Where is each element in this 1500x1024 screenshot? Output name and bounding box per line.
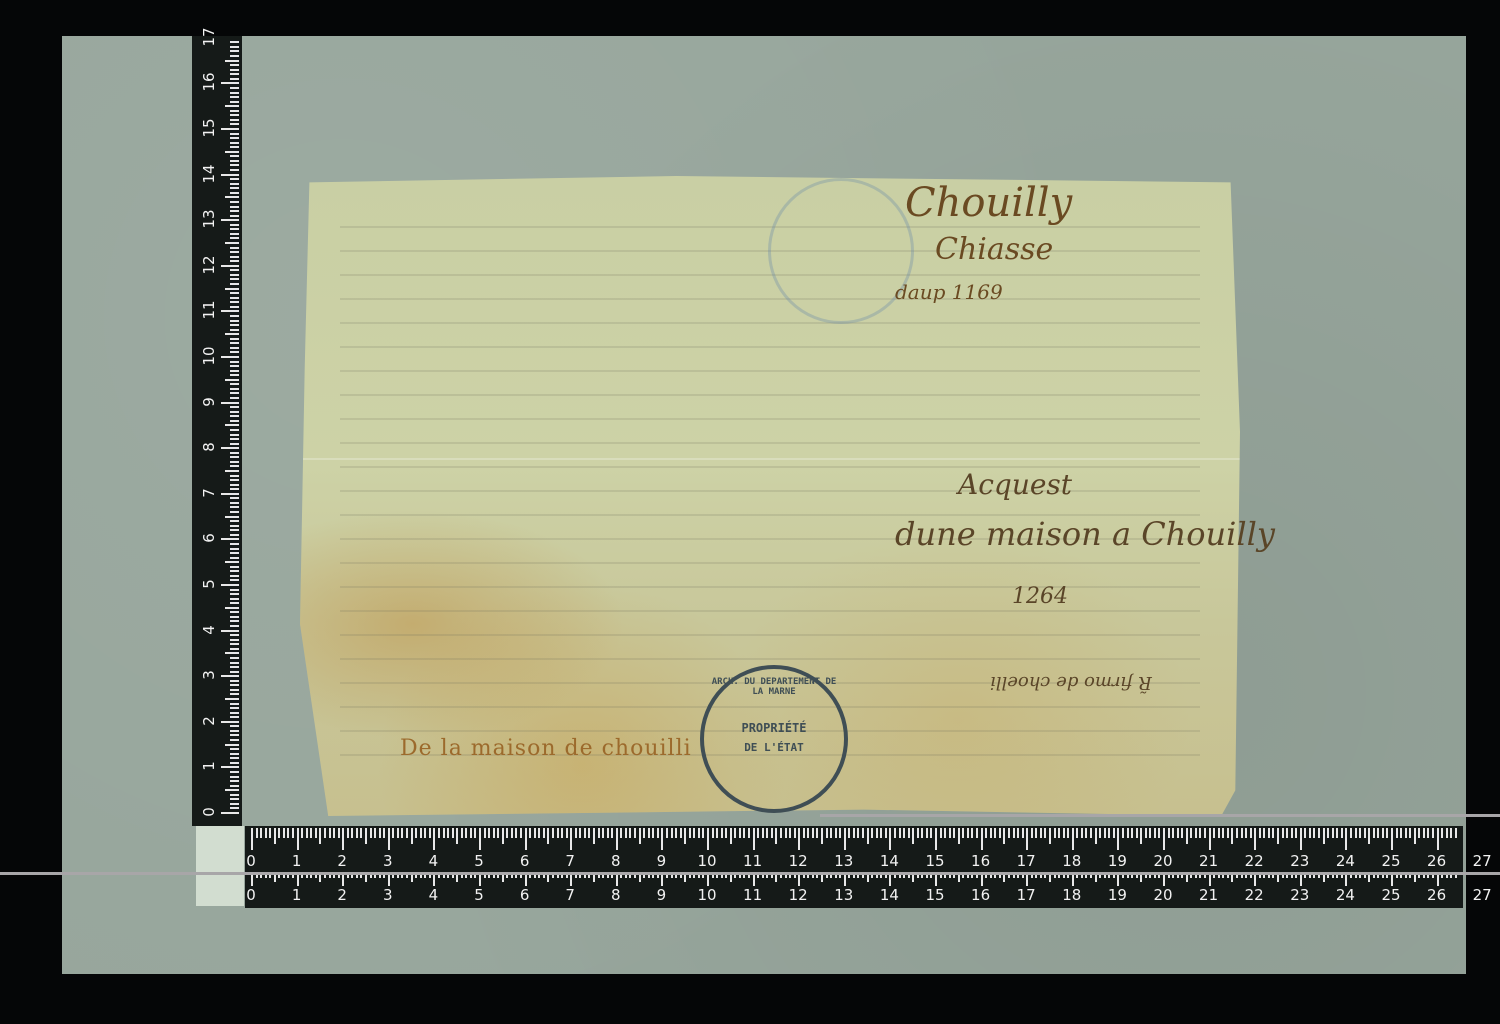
ruler-tick [1345, 874, 1347, 886]
ruler-tick [1190, 828, 1192, 838]
ruler-label-top: 18 [1062, 852, 1081, 870]
ruler-tick [648, 828, 650, 838]
ruler-tick [1108, 828, 1110, 838]
ruler-tick [397, 828, 399, 838]
ruler-tick [762, 828, 764, 838]
ruler-tick [908, 828, 910, 838]
ruler-tick [221, 402, 239, 404]
ruler-tick [388, 874, 390, 886]
ruler-tick [867, 828, 869, 844]
ruler-tick [867, 874, 869, 882]
ruler-tick [1368, 874, 1370, 882]
ruler-tick [221, 310, 239, 312]
ruler-tick [278, 828, 280, 838]
ruler-tick [1122, 828, 1124, 838]
ruler-tick [775, 874, 777, 882]
ruler-tick [230, 620, 239, 622]
ruler-tick [230, 602, 239, 604]
ruler-tick [287, 828, 289, 838]
ruler-tick [1199, 828, 1201, 838]
ruler-tick [652, 828, 654, 838]
ruler-tick [552, 828, 554, 838]
ruler-tick [830, 828, 832, 838]
ruler-tick [716, 828, 718, 838]
ruler-tick [798, 828, 800, 850]
ruler-tick [1236, 828, 1238, 838]
ruler-tick [730, 874, 732, 882]
ruler-label: 6 [200, 527, 218, 549]
ruler-tick [602, 828, 604, 838]
ruler-tick [333, 828, 335, 838]
ruler-tick [230, 502, 239, 504]
ruler-tick [844, 874, 846, 886]
ruler-tick [225, 698, 239, 700]
ruler-tick [753, 874, 755, 886]
ruler-tick [1049, 828, 1051, 844]
ruler-tick [547, 828, 549, 844]
ruler-tick [230, 794, 239, 796]
ruler-label: 8 [200, 436, 218, 458]
ruler-tick [844, 828, 846, 850]
ruler-tick [225, 288, 239, 290]
ruler-tick [1277, 874, 1279, 882]
ruler-tick [230, 301, 239, 303]
ruler-tick [753, 828, 755, 850]
ruler-tick [584, 828, 586, 838]
ruler-tick [230, 383, 239, 385]
ruler-tick [225, 561, 239, 563]
ruler-label-top: 20 [1153, 852, 1172, 870]
ruler-label-bottom: 18 [1062, 886, 1081, 904]
ruler-tick [221, 493, 239, 495]
ruler-label-top: 25 [1381, 852, 1400, 870]
ruler-tick [570, 874, 572, 886]
ruler-tick [230, 648, 239, 650]
ruler-tick [230, 50, 239, 52]
ruler-tick [230, 734, 239, 736]
ruler-tick [639, 828, 641, 844]
ruler-tick [1386, 828, 1388, 838]
ruler-tick [479, 828, 481, 850]
ruler-tick [771, 828, 773, 838]
ruler-tick [230, 529, 239, 531]
ruler-tick [230, 315, 239, 317]
ruler-tick [547, 874, 549, 882]
ruler-tick [1113, 828, 1115, 838]
ruler-tick [225, 470, 239, 472]
ruler-tick [230, 361, 239, 363]
ruler-tick [1450, 828, 1452, 838]
inverted-note: R̃ firmo de choelli [990, 672, 1152, 693]
ruler-tick [230, 525, 239, 527]
ruler-tick [561, 828, 563, 838]
ruler-tick [230, 534, 239, 536]
ruler-tick [1350, 828, 1352, 838]
ruler-tick [570, 828, 572, 850]
ruler-tick [230, 548, 239, 550]
ruler-tick [1168, 828, 1170, 838]
ruler-label-bottom: 0 [246, 886, 256, 904]
ruler-label-bottom: 14 [880, 886, 899, 904]
ruler-tick [502, 874, 504, 882]
ruler-tick [230, 87, 239, 89]
ruler-label-top: 1 [292, 852, 302, 870]
ruler-tick [225, 516, 239, 518]
ruler-tick [1099, 828, 1101, 838]
ruler-tick [1186, 828, 1188, 844]
ruler-label: 10 [200, 345, 218, 367]
ruler-tick [1286, 828, 1288, 838]
ruler-tick [994, 828, 996, 838]
ruler-tick [225, 151, 239, 153]
ruler-tick [415, 828, 417, 838]
ruler-label-bottom: 19 [1108, 886, 1127, 904]
ruler-tick [734, 828, 736, 838]
stamp-ring-text: ARCH. DU DEPARTEMENT DE LA MARNE [710, 677, 838, 697]
ruler-tick [1158, 828, 1160, 838]
ruler-tick [534, 828, 536, 838]
ruler-tick [634, 828, 636, 838]
ruler-tick [871, 828, 873, 838]
ruler-label: 5 [200, 573, 218, 595]
ruler-tick [225, 196, 239, 198]
ruler-tick [616, 828, 618, 850]
ruler-tick [588, 828, 590, 838]
ruler-tick [1177, 828, 1179, 838]
ruler-tick [702, 828, 704, 838]
ruler-tick [230, 730, 239, 732]
ruler-label-bottom: 21 [1199, 886, 1218, 904]
ruler-tick [807, 828, 809, 838]
ruler-tick [1104, 828, 1106, 838]
ruler-tick [401, 828, 403, 838]
ruler-tick [230, 552, 239, 554]
ruler-tick [230, 785, 239, 787]
archive-stamp: ARCH. DU DEPARTEMENT DE LA MARNE PROPRIÉ… [700, 665, 848, 813]
ruler-tick [1400, 828, 1402, 838]
ruler-label-top: 19 [1108, 852, 1127, 870]
ruler-tick [230, 46, 239, 48]
ruler-tick [525, 874, 527, 886]
ruler-tick [1117, 828, 1119, 850]
ruler-tick [230, 443, 239, 445]
fold-line [300, 458, 1240, 460]
ruler-tick [821, 874, 823, 882]
ruler-tick [230, 434, 239, 436]
ruler-tick [958, 828, 960, 844]
faded-upper-stamp [768, 178, 914, 324]
ruler-tick [230, 256, 239, 258]
ruler-tick [230, 456, 239, 458]
ruler-tick [324, 828, 326, 838]
ruler-tick [225, 379, 239, 381]
ruler-tick [1313, 828, 1315, 838]
ruler-tick [221, 812, 239, 814]
ruler-tick [1250, 828, 1252, 838]
docket-year: 1264 [1012, 584, 1068, 609]
ruler-label-top: 7 [565, 852, 575, 870]
ruler-tick [862, 828, 864, 838]
ruler-tick [230, 41, 239, 43]
ruler-tick [230, 201, 239, 203]
ruler-tick [230, 807, 239, 809]
ruler-tick [230, 753, 239, 755]
ruler-label-top: 3 [383, 852, 393, 870]
ruler-tick [1035, 828, 1037, 838]
ruler-tick [712, 828, 714, 838]
ruler-tick [230, 520, 239, 522]
ruler-tick [949, 828, 951, 838]
ruler-tick [230, 210, 239, 212]
ruler-tick [230, 237, 239, 239]
ruler-tick [666, 828, 668, 838]
ruler-label-top: 26 [1427, 852, 1446, 870]
ruler-label-bottom: 13 [834, 886, 853, 904]
ruler-tick [1131, 828, 1133, 838]
ruler-tick [520, 828, 522, 838]
ruler-tick [465, 828, 467, 838]
ruler-tick [379, 828, 381, 838]
ruler-tick [1309, 828, 1311, 838]
ruler-tick [230, 657, 239, 659]
ruler-label-top: 12 [789, 852, 808, 870]
ruler-tick [976, 828, 978, 838]
ruler-tick [230, 101, 239, 103]
ruler-tick [1186, 874, 1188, 882]
ruler-tick [1437, 828, 1439, 850]
ruler-tick [826, 828, 828, 838]
ruler-tick [798, 874, 800, 886]
ruler-tick [392, 828, 394, 838]
ruler-label-top: 16 [971, 852, 990, 870]
ruler-tick [230, 780, 239, 782]
ruler-tick [230, 570, 239, 572]
ruler-tick [1300, 828, 1302, 850]
ruler-tick [360, 828, 362, 838]
ruler-tick [230, 374, 239, 376]
ruler-label: 15 [200, 117, 218, 139]
ruler-tick [675, 828, 677, 838]
ruler-tick [230, 684, 239, 686]
ruler-tick [1455, 828, 1457, 838]
ruler-tick [230, 707, 239, 709]
ruler-tick [230, 506, 239, 508]
ruler-tick [230, 347, 239, 349]
ruler-tick [365, 828, 367, 844]
ruler-tick [230, 269, 239, 271]
ruler-label: 9 [200, 391, 218, 413]
ruler-tick [230, 292, 239, 294]
ruler-tick [1327, 828, 1329, 838]
ruler-tick [1391, 828, 1393, 850]
ruler-tick [230, 160, 239, 162]
ruler-tick [342, 828, 344, 850]
ruler-label-bottom: 3 [383, 886, 393, 904]
vertical-ruler: 01234567891011121314151617 [192, 36, 242, 826]
ruler-label-top: 0 [246, 852, 256, 870]
ruler-tick [452, 828, 454, 838]
ruler-tick [1172, 828, 1174, 838]
ruler-tick [230, 461, 239, 463]
ruler-tick [230, 278, 239, 280]
ruler-tick [230, 589, 239, 591]
ruler-tick [1409, 828, 1411, 838]
ruler-tick [230, 215, 239, 217]
ruler-tick [1026, 874, 1028, 886]
ruler-tick [230, 666, 239, 668]
ruler-label-top: 24 [1336, 852, 1355, 870]
ruler-tick [251, 828, 253, 850]
ruler-tick [1405, 828, 1407, 838]
ruler-label: 13 [200, 208, 218, 230]
ruler-tick [725, 828, 727, 838]
ruler-tick [1049, 874, 1051, 882]
ruler-tick [1227, 828, 1229, 838]
ruler-tick [1241, 828, 1243, 838]
ruler-tick [1149, 828, 1151, 838]
ruler-tick [230, 251, 239, 253]
ruler-tick [1341, 828, 1343, 838]
ruler-tick [598, 828, 600, 838]
ruler-tick [230, 689, 239, 691]
ruler-label-top: 9 [657, 852, 667, 870]
ruler-tick [1418, 828, 1420, 838]
ruler-tick [221, 174, 239, 176]
ruler-tick [515, 828, 517, 838]
ruler-tick [230, 247, 239, 249]
ruler-tick [438, 828, 440, 838]
ruler-tick [1058, 828, 1060, 838]
ruler-tick [1136, 828, 1138, 838]
ruler-tick [230, 420, 239, 422]
ruler-label-bottom: 7 [565, 886, 575, 904]
annotation-chouilly: Chouilly [905, 180, 1072, 226]
ruler-tick [506, 828, 508, 838]
ruler-tick [221, 538, 239, 540]
ruler-tick [470, 828, 472, 838]
ruler-tick [230, 611, 239, 613]
ruler-tick [221, 82, 239, 84]
ruler-tick [1140, 874, 1142, 882]
ruler-label-bottom: 17 [1017, 886, 1036, 904]
ruler-tick [775, 828, 777, 844]
ruler-tick [511, 828, 513, 838]
ruler-tick [1222, 828, 1224, 838]
ruler-tick [616, 874, 618, 886]
ruler-tick [230, 338, 239, 340]
ruler-tick [794, 828, 796, 838]
ruler-label-bottom: 10 [697, 886, 716, 904]
ruler-tick [853, 828, 855, 838]
ruler-tick [297, 874, 299, 886]
ruler-tick [424, 828, 426, 838]
ruler-tick [230, 78, 239, 80]
ruler-tick [225, 242, 239, 244]
ruler-tick [1063, 828, 1065, 838]
ruler-tick [990, 828, 992, 838]
ruler-tick [230, 488, 239, 490]
ruler-tick [876, 828, 878, 838]
ruler-tick [230, 625, 239, 627]
ruler-tick [1414, 828, 1416, 844]
ruler-tick [1026, 828, 1028, 850]
ruler-tick [912, 874, 914, 882]
ruler-tick [940, 828, 942, 838]
ruler-tick [230, 119, 239, 121]
ruler-tick [593, 828, 595, 844]
ruler-label-top: 11 [743, 852, 762, 870]
ruler-tick [930, 828, 932, 838]
ruler-tick [1272, 828, 1274, 838]
ruler-tick [1291, 828, 1293, 838]
ruler-tick [1245, 828, 1247, 838]
ruler-tick [230, 206, 239, 208]
ruler-tick [221, 584, 239, 586]
ruler-tick [484, 828, 486, 838]
ruler-tick [1432, 828, 1434, 838]
ruler-tick [1081, 828, 1083, 838]
ruler-tick [1304, 828, 1306, 838]
ruler-tick [230, 634, 239, 636]
ruler-label: 14 [200, 163, 218, 185]
ruler-tick [743, 828, 745, 838]
ruler-tick [1085, 828, 1087, 838]
ruler-tick [880, 828, 882, 838]
ruler-label-bottom: 5 [474, 886, 484, 904]
ruler-tick [1441, 828, 1443, 838]
ruler-tick [684, 828, 686, 844]
ruler-label-bottom: 12 [789, 886, 808, 904]
ruler-tick [1209, 874, 1211, 886]
ruler-tick [1044, 828, 1046, 838]
ruler-tick [230, 680, 239, 682]
ruler-tick [274, 874, 276, 882]
ruler-tick [543, 828, 545, 838]
ruler-tick [225, 60, 239, 62]
ruler-tick [315, 828, 317, 838]
ruler-tick [260, 828, 262, 838]
ruler-tick [230, 192, 239, 194]
ruler-tick [1040, 828, 1042, 838]
ruler-tick [230, 306, 239, 308]
ruler-tick [230, 123, 239, 125]
ruler-tick [230, 155, 239, 157]
ruler-tick [812, 828, 814, 838]
ruler-tick [310, 828, 312, 838]
ruler-tick [411, 828, 413, 844]
ruler-tick [1003, 828, 1005, 844]
ruler-tick [1095, 874, 1097, 882]
ruler-tick [230, 484, 239, 486]
ruler-tick [370, 828, 372, 838]
ruler-tick [1295, 828, 1297, 838]
ruler-tick [1355, 828, 1357, 838]
ruler-tick [292, 828, 294, 838]
ruler-tick [748, 828, 750, 838]
ruler-tick [1254, 874, 1256, 886]
ruler-label-bottom: 20 [1153, 886, 1172, 904]
ruler-label-bottom: 26 [1427, 886, 1446, 904]
ruler-tick [474, 828, 476, 838]
ruler-tick [225, 607, 239, 609]
ruler-tick [230, 169, 239, 171]
ruler-tick [730, 828, 732, 844]
ruler-tick [889, 874, 891, 886]
ruler-tick [1427, 828, 1429, 838]
ruler-tick [488, 828, 490, 838]
ruler-tick [221, 128, 239, 130]
ruler-tick [935, 874, 937, 886]
